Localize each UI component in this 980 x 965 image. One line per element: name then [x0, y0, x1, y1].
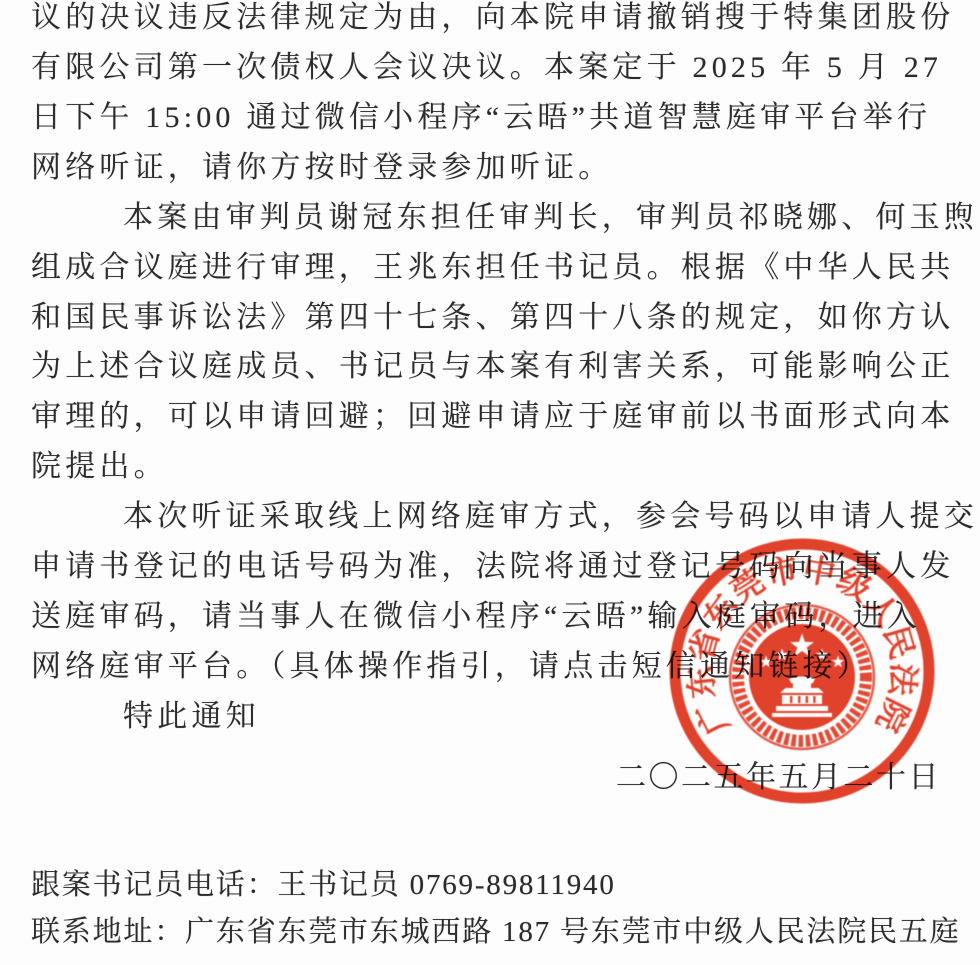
document-line: 有限公司第一次债权人会议决议。本案定于 2025 年 5 月 27 — [31, 43, 963, 93]
contact-line: 跟案书记员电话：王书记员 0769-89811940 — [31, 862, 971, 909]
document-body: 议的决议违反法律规定为由，向本院申请撤销搜于特集团股份有限公司第一次债权人会议决… — [31, 0, 963, 742]
document-line: 组成合议庭进行审理，王兆东担任书记员。根据《中华人民共 — [31, 243, 963, 293]
document-line: 为上述合议庭成员、书记员与本案有利害关系，可能影响公正 — [31, 342, 963, 392]
document-line: 送庭审码，请当事人在微信小程序“云晤”输入庭审码，进入 — [31, 592, 963, 642]
notice-date: 二〇二五年五月二十日 — [616, 753, 941, 802]
contact-info: 跟案书记员电话：王书记员 0769-89811940联系地址：广东省东莞市东城西… — [31, 862, 971, 956]
document-line: 本案由审判员谢冠东担任审判长，审判员祁晓娜、何玉煦 — [31, 193, 963, 243]
document-line: 议的决议违反法律规定为由，向本院申请撤销搜于特集团股份 — [31, 0, 963, 43]
document-line: 和国民事诉讼法》第四十七条、第四十八条的规定，如你方认 — [31, 293, 963, 343]
document-line: 日下午 15:00 通过微信小程序“云晤”共道智慧庭审平台举行 — [31, 93, 963, 143]
court-notice-page: 议的决议违反法律规定为由，向本院申请撤销搜于特集团股份有限公司第一次债权人会议决… — [0, 0, 980, 965]
document-line: 审理的，可以申请回避；回避申请应于庭审前以书面形式向本 — [31, 392, 963, 442]
document-line: 网络庭审平台。（具体操作指引，请点击短信通知链接） — [31, 642, 963, 692]
document-line: 院提出。 — [31, 442, 963, 492]
contact-line: 联系地址：广东省东莞市东城西路 187 号东莞市中级人民法院民五庭 — [31, 909, 971, 956]
document-line: 特此通知 — [31, 692, 963, 742]
document-line: 网络听证，请你方按时登录参加听证。 — [31, 143, 963, 193]
document-line: 申请书登记的电话号码为准，法院将通过登记号码向当事人发 — [31, 542, 963, 592]
document-line: 本次听证采取线上网络庭审方式，参会号码以申请人提交 — [31, 492, 963, 542]
